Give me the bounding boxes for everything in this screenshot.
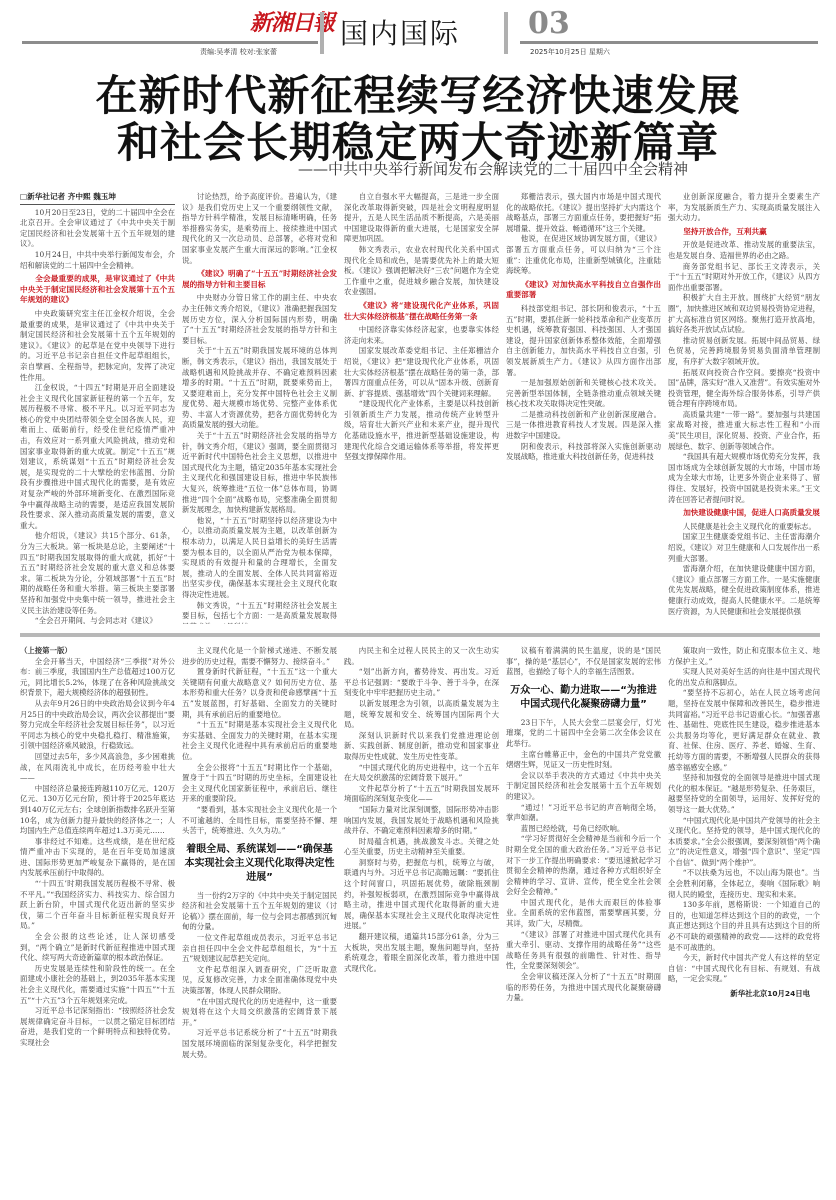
dateline: 新华社北京10月24日电 [668, 989, 820, 1000]
paragraph: “我国具有超大规模市场优势充分发挥，我国市场成为全球创新发展的大市场，中国市场成… [668, 452, 820, 505]
paragraph: 一是加强原始创新和关键核心技术攻关。完善新型举国体制，全链条推动重点领域关键核心… [506, 378, 661, 410]
paragraph: 自立自强水平大幅提高，三是进一步全面深化改革取得新突破，四是社会文明程度明显提升… [344, 192, 499, 245]
masthead-rule-left [22, 41, 318, 44]
paragraph: “《建议》部署了对推进中国式现代化具有重大牵引、驱动、支撑作用的战略任务”“这些… [506, 930, 661, 972]
paragraph: 实现人民对美好生活的向往是中国式现代化的出发点和落脚点。 [668, 667, 820, 688]
paragraph: 全会审议稿还深入分析了“十五五”时期面临的形势任务，为推进中国式现代化凝聚磅礴力… [506, 972, 661, 1004]
paragraph: 高质量共建“一带一路”。要加强与共建国家战略对接，推进重大标志性工程和“小而美”… [668, 410, 820, 452]
bottom-col-5: 策取向一致性，防止和克服本位主义、地方保护主义。”实现人民对美好生活的向往是中国… [668, 646, 820, 1200]
headline-line-1: 在新时代新征程续写经济快速发展 [0, 72, 836, 119]
paragraph: 郑栅洁表示，强大国内市场是中国式现代化的战略依托。《建议》提出坚持扩大内需这个战… [506, 192, 661, 234]
paragraph: “不以扶桑为远也，不以山海为限也”。当全会胜利闭幕，全体起立，奏响《国际歌》响彻… [668, 868, 820, 900]
top-col-2: 讨论热烈，给予高度评价。普遍认为，《建议》是我们党历史上又一个重要纲领性文献，指… [182, 192, 337, 624]
paragraph: 今天，新时代中国共产党人有这样的坚定自信：“中国式现代化有目标、有规划、有战略，… [668, 953, 820, 985]
paragraph: “在中国式现代化的历史进程中，这一重要规划将在这个大局交织激荡的宏阔背景下展开。… [182, 997, 337, 1029]
paragraph: 议稿有着满满的民生温度，说的是“国民事”，操的是“基层心”，不仅是国家发展的宏伟… [506, 646, 661, 678]
section-subheading: 着眼全局、系统谋划——“确保基本实现社会主义现代化取得决定性进展” [182, 843, 337, 885]
masthead: 新湘日報 责编:吴孝清 校对:张家蕾 国内国际 03 2025年10月25日 星… [0, 0, 836, 62]
bottom-col-1: （上接第一版）全会开幕当天，中国经济“三季报”对外公布：前三季度，我国国内生产总… [20, 646, 175, 1200]
paragraph: 中国经济靠实体经济起家，也要靠实体经济走向未来。 [344, 325, 499, 346]
paragraph: 中国经济总量接连跨越110万亿元、120万亿元、130万亿元台阶，预计将于202… [20, 784, 175, 837]
paragraph: 人民健康是社会主义现代化的重要标志。 [668, 522, 820, 533]
paragraph: 开放是促进改革、推动发展的重要法宝，也是发展自身、造福世界的必由之路。 [668, 240, 820, 261]
paragraph: 从去年9月26日的中央政治局会议到今年4月25日的中央政治局会议，两次会议都提出… [20, 699, 175, 752]
paragraph: 事非经过不知难。这些成绩，是在世纪疫情严重冲击下实现的，是在百年变局加速演进、国… [20, 837, 175, 879]
story-divider [20, 633, 820, 637]
paragraph: 江金权说，“十四五”时期是开启全面建设社会主义现代化国家新征程的第一个五年，发展… [20, 383, 175, 531]
paragraph: “国际力量对比深刻调整，国际形势冲击影响国内发展，我国发展处于战略机遇和风险挑战… [344, 805, 499, 837]
paragraph: “中国式现代化是中国共产党领导的社会主义现代化。坚持党的领导，是中国式现代化的本… [668, 816, 820, 869]
section-subheading: 《建议》将“建设现代化产业体系，巩固壮大实体经济根基”摆在战略任务第一条 [344, 301, 499, 322]
paragraph: 历史发展是连续性和阶段性的统一。在全面建成小康社会的基础上，到2035年基本实现… [20, 964, 175, 1006]
top-col-3: 自立自强水平大幅提高，三是进一步全面深化改革取得新突破，四是社会文明程度明显提升… [344, 192, 499, 624]
paragraph: 10月20日至23日，党的二十届四中全会在北京召开。全会审议通过了《中共中央关于… [20, 208, 175, 250]
main-headline: 在新时代新征程续写经济快速发展 和社会长期稳定两大奇迹新篇章 [0, 72, 836, 166]
paragraph: 习近平总书记深刻指出：“按照经济社会发展规律确定奋斗目标，一以贯之锚定目标团结奋… [20, 1006, 175, 1048]
paragraph: 主义现代化是一个阶梯式递进、不断发展进步的历史过程，需要不懈努力、接续奋斗。” [182, 646, 337, 667]
masthead-divider-right [504, 12, 508, 54]
paragraph: “中国式现代化的历史进程中，这一个五年在大局交织激荡的宏阔背景下展开。” [344, 763, 499, 784]
paragraph: 科技部党组书记、部长阴和俊表示，“十五五”时期，要抓住新一轮科技革命和产业变革历… [506, 304, 661, 378]
paragraph: 讨论热烈，给予高度评价。普遍认为，《建议》是我们党历史上又一个重要纲领性文献，指… [182, 192, 337, 266]
paragraph: 全会公报的这些论述，让人深切感受到，“两个确立”是新时代新征程推进中国式现代化、… [20, 932, 175, 964]
paragraph: 内民主和全过程人民民主的又一次生动实践。 [344, 646, 499, 667]
paragraph: 主席台帷幕正中，金色的中国共产党党徽熠熠生辉，见证又一历史性时刻。 [506, 750, 661, 771]
paragraph: 文件起草组深入调查研究，广泛听取意见，反复修改完善，力求全面准确体现党中央决策部… [182, 965, 337, 997]
top-col-5: 业创新深度融合，着力提升全要素生产率，为发展新质生产力、实现高质量发展注入强大动… [668, 192, 820, 624]
section-subheading: 万众一心、勤力进取——“为推进中国式现代化凝聚磅礴力量” [506, 684, 661, 712]
issue-date: 2025年10月25日 星期六 [530, 47, 610, 57]
paragraph: “建设现代化产业体系，主要是以科技创新引领新质生产力发展，推动传统产业转型升级，… [344, 399, 499, 463]
section-subheading: 《建议》对加快高水平科技自立自强作出重要部署 [506, 280, 661, 301]
paragraph: 会议以举手表决的方式通过《中共中央关于制定国民经济和社会发展第十五个五年规划的建… [506, 771, 661, 803]
paragraph: 商务部党组书记、部长王文涛表示，关于“十五五”时期对外开放工作，《建议》从四方面… [668, 262, 820, 294]
paragraph: 国家发展改革委党组书记、主任郑栅洁介绍说，《建议》把“建设现代化产业体系，巩固壮… [344, 346, 499, 399]
paragraph: 全会开幕当天，中国经济“三季报”对外公布：前三季度，我国国内生产总值超过100万… [20, 657, 175, 699]
bottom-col-2: 主义现代化是一个阶梯式递进、不断发展进步的历史过程，需要不懈努力、接续奋斗。”置… [182, 646, 337, 1200]
paragraph: “全会召开期间，与会同志对《建议》 [20, 616, 175, 624]
bottom-col-3: 内民主和全过程人民民主的又一次生动实践。“划”出新方向，蓄势待发、再出发。习近平… [344, 646, 499, 1200]
masthead-divider-left [320, 12, 324, 54]
paragraph: “‘十四五’时期我国发展历程极不寻常、极不平凡。”“我国经济实力、科技实力、综合… [20, 879, 175, 932]
paragraph: 洞察时与势，把握危与机，统筹立与破，联通内与外。习近平总书记高瞻远瞩：“要抓住这… [344, 858, 499, 932]
paragraph: 推动贸易创新发展。拓展中间品贸易、绿色贸易，完善跨境服务贸易负面清单管理制度，有… [668, 336, 820, 368]
paragraph: 他介绍说，《建议》共15个部分、61条，分为三大板块。第一板块是总论，主要阐述“… [20, 531, 175, 616]
top-story: □新华社记者 齐中熙 魏玉坤 10月20日至23日，党的二十届四中全会在北京召开… [20, 192, 820, 624]
top-col-4: 郑栅洁表示，强大国内市场是中国式现代化的战略依托。《建议》提出坚持扩大内需这个战… [506, 192, 661, 624]
paragraph: 韩文秀表示，农业农村现代化关系中国式现代化全局和成色，是需要优先补上的最大短板。… [344, 245, 499, 298]
paragraph: 业创新深度融合，着力提升全要素生产率，为发展新质生产力、实现高质量发展注入强大动… [668, 192, 820, 224]
paragraph: 23日下午，人民大会堂二层宴会厅，灯光璀璨，党的二十届四中全会第二次全体会议在此… [506, 718, 661, 750]
paragraph: 韩文秀说，“十五五”时期经济社会发展主要目标，包括七个方面：一是高质量发展取得显… [182, 601, 337, 624]
headline-subhead: ——中共中央举行新闻发布会解读党的二十届四中全会精神 [0, 158, 836, 179]
paragraph: 深刻认识新时代以来我们党推进理论创新、实践创新、制度创新，推动党和国家事业取得历… [344, 731, 499, 763]
byline: □新华社记者 齐中熙 魏玉坤 [20, 192, 175, 205]
paragraph: 置身新时代新征程，“十五五”这一个重大关键期有何重大战略意义？如何历史方位、基本… [182, 667, 337, 720]
editors-credit: 责编:吴孝清 校对:张家蕾 [200, 47, 277, 57]
bottom-col-4: 议稿有着满满的民生温度，说的是“国民事”，操的是“基层心”，不仅是国家发展的宏伟… [506, 646, 661, 1200]
section-subheading: 全会最重要的成果，是审议通过了《中共中央关于制定国民经济和社会发展第十五个五年规… [20, 274, 175, 306]
paragraph: 他说，在促进区域协调发展方面，《建议》部署五方面重点任务，可以归纳为“三个注重”… [506, 234, 661, 276]
paragraph: “十五五”时期是基本实现社会主义现代化夯实基础、全面发力的关键时期，在基本实现社… [182, 720, 337, 762]
paragraph: 时局蕴含机遇，挑战激发斗志。关键之处心至关重要，历史主动精神至关重要。 [344, 837, 499, 858]
paragraph: 蓝图已经绘就，号角已经吹响。 [506, 824, 661, 835]
top-col-1: □新华社记者 齐中熙 魏玉坤 10月20日至23日，党的二十届四中全会在北京召开… [20, 192, 175, 624]
paragraph: “划”出新方向，蓄势待发、再出发。习近平总书记强调：“要敢于斗争、善于斗争，在深… [344, 667, 499, 699]
paragraph: 他说，“十五五”时期坚持以经济建设为中心，以推动高质量发展为主题，以改革创新为根… [182, 516, 337, 601]
paragraph: 策取向一致性，防止和克服本位主义、地方保护主义。” [668, 646, 820, 667]
paragraph: 10月24日，中共中央举行新闻发布会，介绍和解读党的二十届四中全会精神。 [20, 250, 175, 271]
paragraph: 中国式现代化，是伟大而艰巨的体验事业。全面系统的宏伟蓝图，需要擘画其要，分其详，… [506, 898, 661, 930]
section-subheading: 坚持开放合作，互利共赢 [668, 227, 820, 238]
continuation-note: （上接第一版） [20, 646, 175, 657]
bottom-story: （上接第一版）全会开幕当天，中国经济“三季报”对外公布：前三季度，我国国内生产总… [20, 646, 820, 1200]
page-number: 03 [528, 6, 570, 41]
paragraph: 关于“十五五”时期我国发展环境的总体判断，韩文秀表示，《建议》指出，我国发展处于… [182, 346, 337, 431]
paragraph: 中央财办分管日常工作的副主任、中央农办主任韩文秀介绍说，《建议》准确把握我国发展… [182, 293, 337, 346]
paragraph: 全会公报将“十五五”时期比作一个基础，置身于“十四五”时期的历史坐标，全面建设社… [182, 763, 337, 805]
paragraph: 雷海潮介绍，在加快建设健康中国方面，《建议》重点部署三方面工作。一是实施健康优先… [668, 564, 820, 617]
paragraph: 一位文件起草组成员表示，习近平总书记亲自担任四中全会文件起草组组长，为“十五五”… [182, 933, 337, 965]
paragraph: 国家卫生健康委党组书记、主任雷海潮介绍说，《建议》对卫生健康和人口发展作出一系列… [668, 532, 820, 564]
paragraph: “学习好贯彻好全会精神是当前和今后一个时期全党全国的重大政治任务。”习近平总书记… [506, 834, 661, 898]
paragraph: 拓展双向投资合作空间。要擦亮“投资中国”品牌，落实好“准入又准营”。有效实施对外… [668, 368, 820, 410]
paragraph: 文件起草分析了“十五五”时期我国发展环境面临的深刻复杂变化—— [344, 784, 499, 805]
paragraph: 习近平总书记系统分析了“十五五”时期我国发展环境面临的深刻复杂变化，科学把握发展… [182, 1028, 337, 1060]
section-subheading: 《建议》明确了“十五五”时期经济社会发展的指导方针和主要目标 [182, 269, 337, 290]
paragraph: 翻开建议稿，通篇共15部分61条，分为三大板块，突出发展主题，聚焦问题导向，坚持… [344, 932, 499, 974]
paragraph: 积极扩大自主开放。围绕扩大经贸“朋友圈”，加快推进区域和双边贸易投资协定进程，扩… [668, 293, 820, 335]
paragraph: 130多年前，恩格斯说：一个知道自己的目的，也知道怎样达到这个目的的政党，一个真… [668, 900, 820, 953]
paragraph: “要看到，基本实现社会主义现代化是一个不可逾越的、全局性目标，需要坚持不懈、埋头… [182, 805, 337, 837]
paragraph: 当一份约2万字的《中共中央关于制定国民经济和社会发展第十五个五年规划的建议（讨论… [182, 891, 337, 933]
section-subheading: 加快建设健康中国，促进人口高质量发展 [668, 508, 820, 519]
paragraph: 以新发展理念为引领，以高质量发展为主题，统筹发展和安全、统筹国内国际两个大局。 [344, 699, 499, 731]
paragraph: 中央政策研究室主任江金权介绍说，全会最重要的成果，是审议通过了《中共中央关于制定… [20, 309, 175, 383]
section-title: 国内国际 [340, 12, 460, 52]
paragraph: 二是推动科技创新和产业创新深度融合。三是一体推进教育科技人才发展。四是深入推进数… [506, 410, 661, 442]
masthead-rule-right [520, 41, 818, 44]
paragraph: “通过！”习近平总书记的声音响彻全场，掌声如潮。 [506, 803, 661, 824]
paragraph: “要坚持不忘初心，站在人民立场考虑问题，坚持在发展中保障和改善民生，稳步推进共同… [668, 688, 820, 773]
paragraph: 坚持和加强党的全面领导是推进中国式现代化的根本保证。“越是形势复杂、任务艰巨，越… [668, 773, 820, 815]
paragraph: 回望过去5年，多少风高浪急，多少困难挑战，在风雨洗礼中成长，在历经考验中壮大—— [20, 752, 175, 784]
paragraph: 阴和俊表示，科技部将深入实施创新驱动发展战略，推进重大科技创新任务，促进科技 [506, 442, 661, 463]
paragraph: 关于“十五五”时期经济社会发展的指导方针，韩文秀介绍，《建议》强调，要全面贯彻习… [182, 431, 337, 516]
